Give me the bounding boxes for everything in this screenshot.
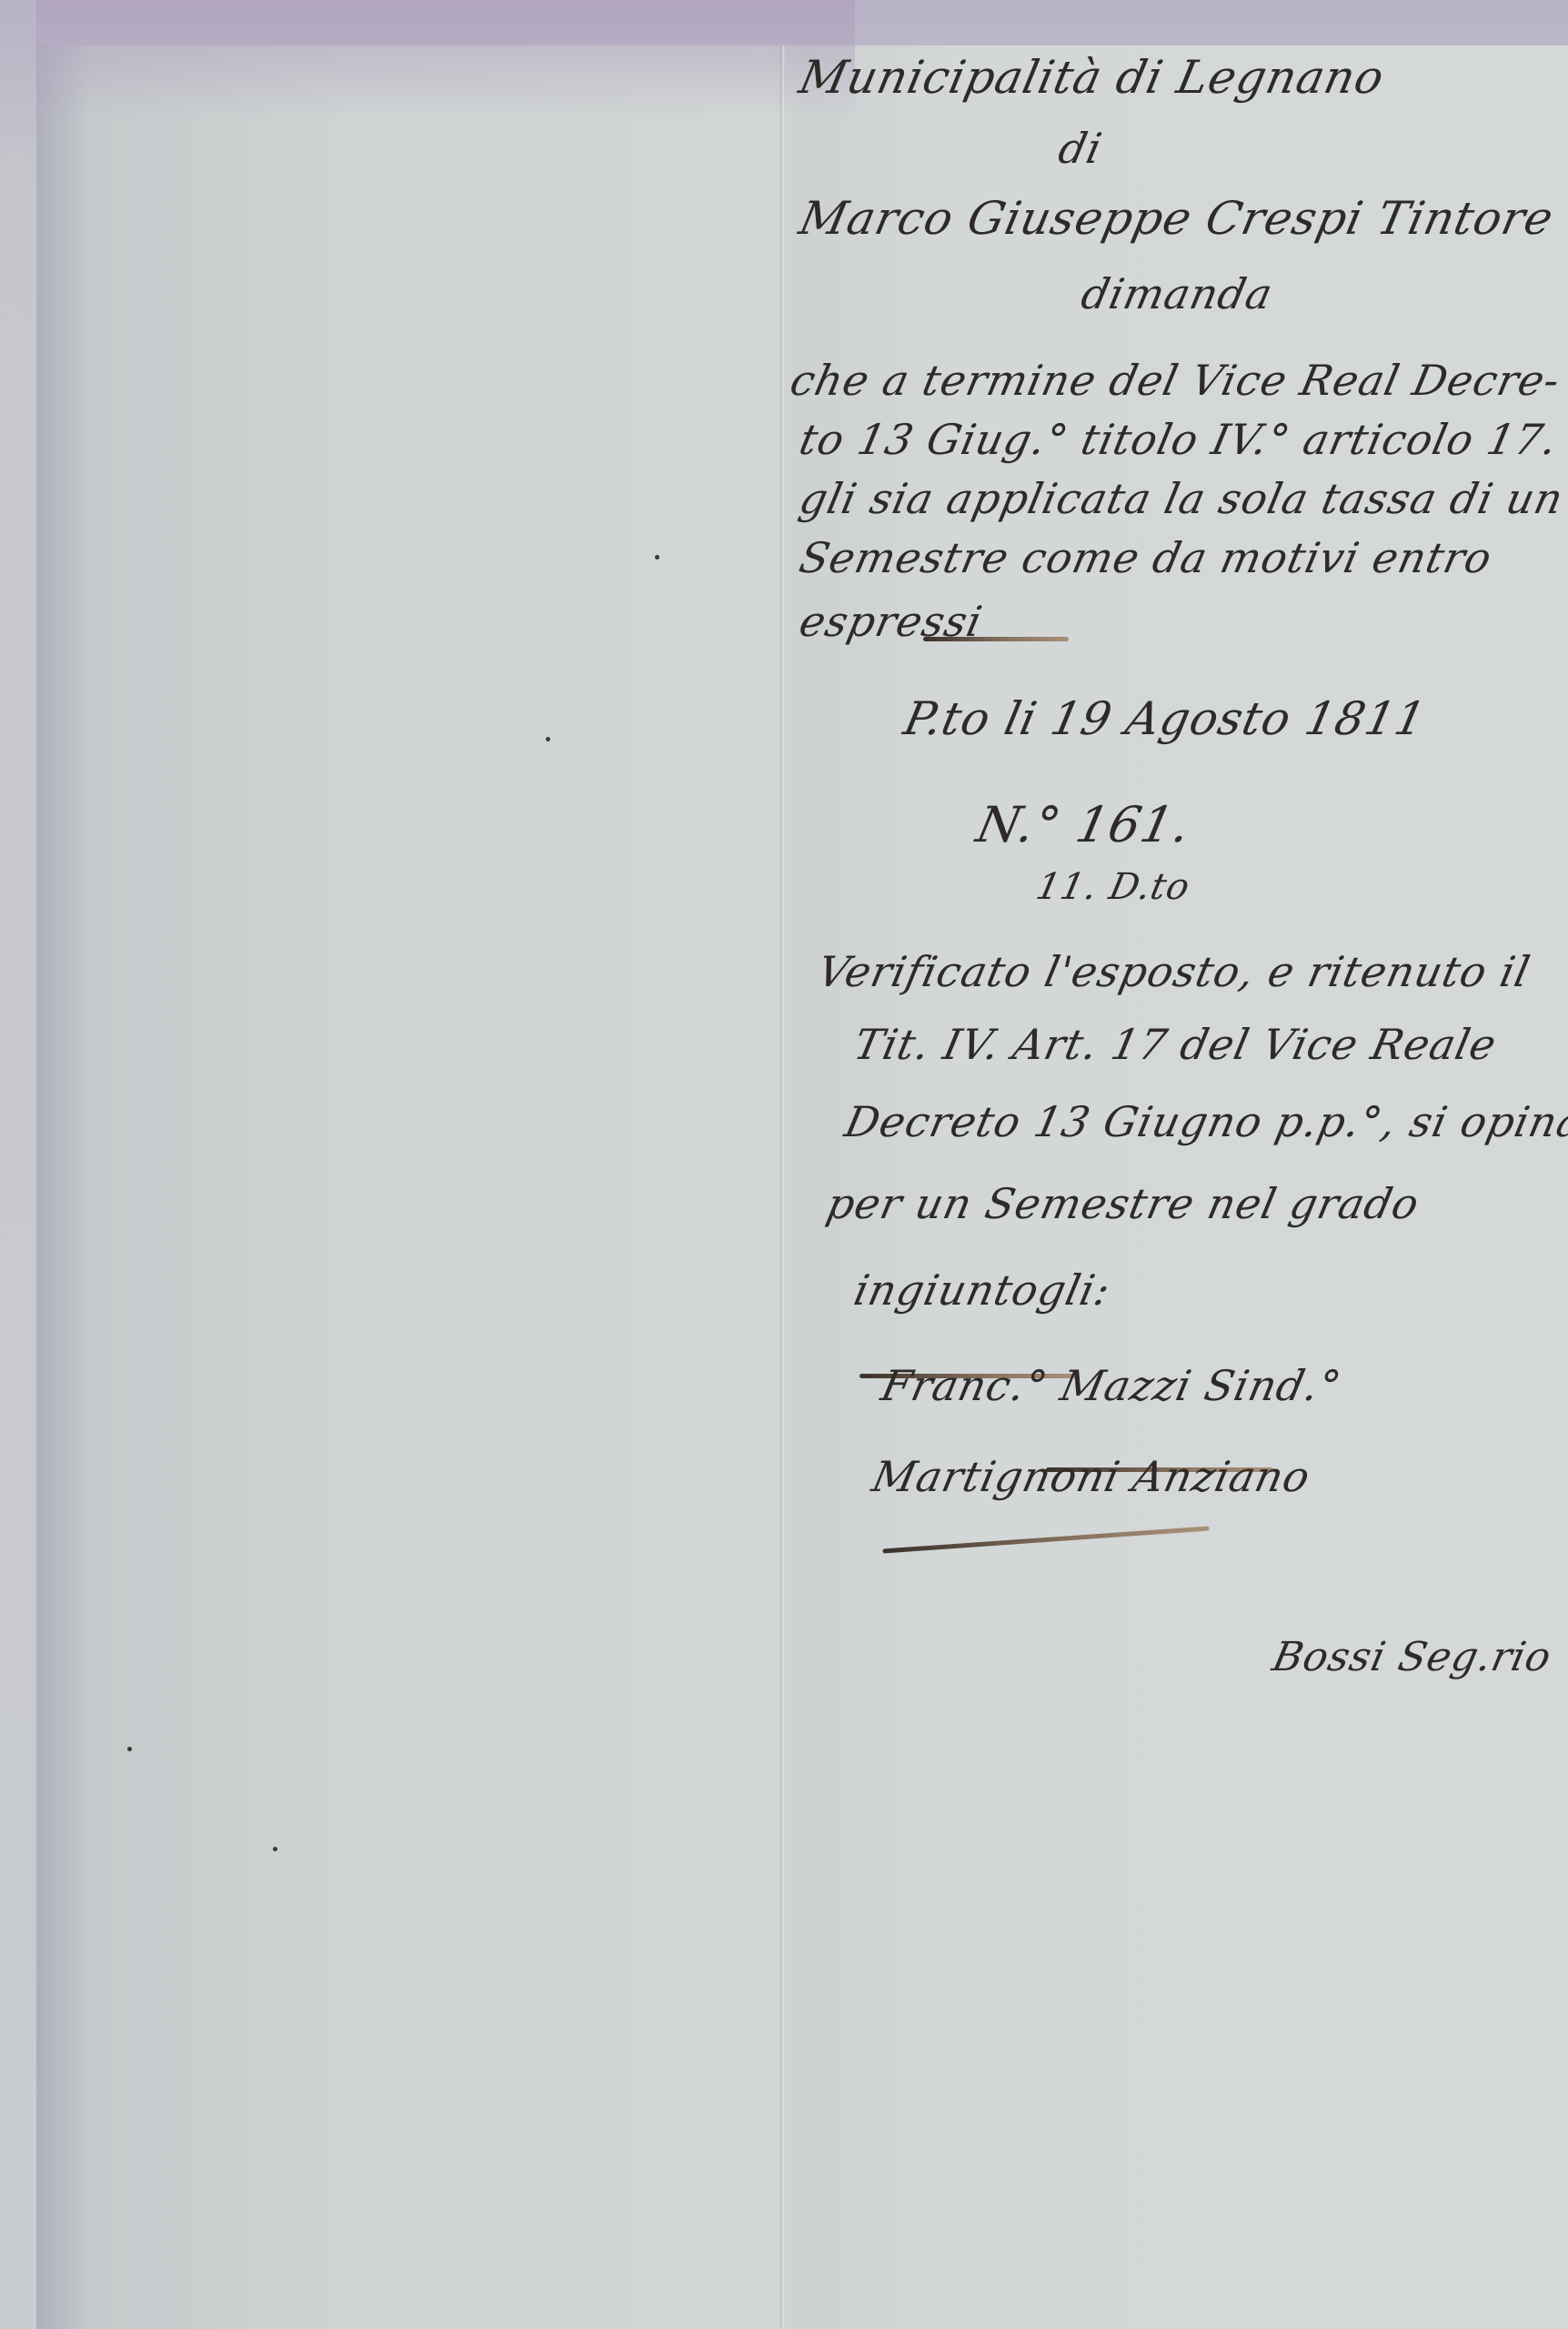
ink-speck: [655, 555, 659, 560]
paper-edge-shadow: [36, 45, 91, 2329]
ink-speck: [546, 737, 550, 741]
heading-dimanda: dimanda: [1078, 273, 1276, 315]
date-line: P.to li 19 Agosto 1811: [900, 696, 1431, 741]
resolution-line-4: per un Semestre nel grado: [823, 1183, 1423, 1225]
resolution-line-1: Verificato l'esposto, e ritenuto il: [814, 951, 1534, 993]
paper-stain: [36, 0, 855, 118]
signature-secretary: Bossi Seg.rio: [1269, 1638, 1554, 1678]
registry-sub-number: 11. D.to: [1033, 869, 1193, 905]
petitioner-name: Marco Giuseppe Crespi Tintore: [796, 196, 1558, 241]
ink-speck: [127, 1747, 132, 1751]
resolution-line-5: ingiuntogli:: [850, 1269, 1114, 1311]
ink-speck: [273, 1847, 277, 1851]
signature-mayor: Franc.° Mazzi Sind.°: [878, 1365, 1345, 1406]
resolution-line-3: Decreto 13 Giugno p.p.°, si opina: [841, 1101, 1568, 1143]
petition-line-4: Semestre come da motivi entro: [796, 537, 1496, 579]
petition-line-2: to 13 Giug.° titolo IV.° articolo 17.: [796, 418, 1562, 460]
ink-flourish: [923, 637, 1069, 641]
resolution-line-2: Tit. IV. Art. 17 del Vice Reale: [850, 1023, 1501, 1065]
heading-di: di: [1055, 127, 1106, 169]
heading-municipality: Municipalità di Legnano: [796, 55, 1389, 100]
registry-number: N.° 161.: [972, 801, 1195, 850]
ink-flourish: [882, 1526, 1209, 1553]
right-page-text: Municipalità di Legnano di Marco Giusepp…: [782, 0, 1568, 2329]
petition-line-1: che a termine del Vice Real Decre-: [787, 359, 1564, 401]
petition-line-3: gli sia applicata la sola tassa di un: [796, 478, 1567, 519]
signature-elder: Martignoni Anziano: [869, 1456, 1314, 1497]
